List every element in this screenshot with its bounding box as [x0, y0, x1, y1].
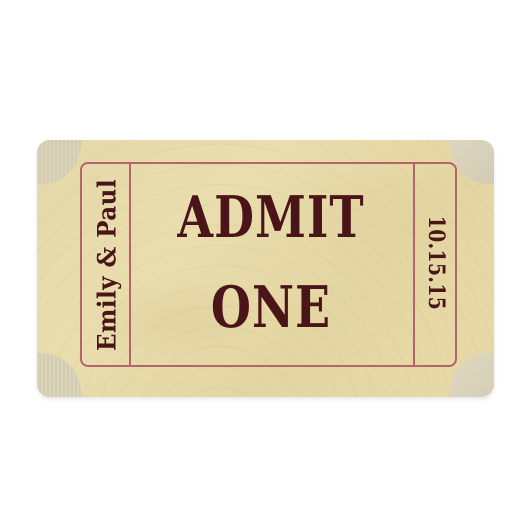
right-stub-divider	[413, 164, 415, 365]
couple-names: Emily & Paul	[93, 179, 122, 351]
event-date: 10.15.15	[423, 216, 449, 310]
headline-admit: ADMIT	[177, 188, 364, 246]
worn-corner-bottom-left	[37, 353, 81, 397]
headline-one: ONE	[211, 278, 331, 336]
worn-corner-top-left	[37, 140, 81, 184]
left-stub-divider	[129, 164, 131, 365]
canvas: Emily & Paul ADMIT ONE 10.15.15	[0, 0, 530, 530]
